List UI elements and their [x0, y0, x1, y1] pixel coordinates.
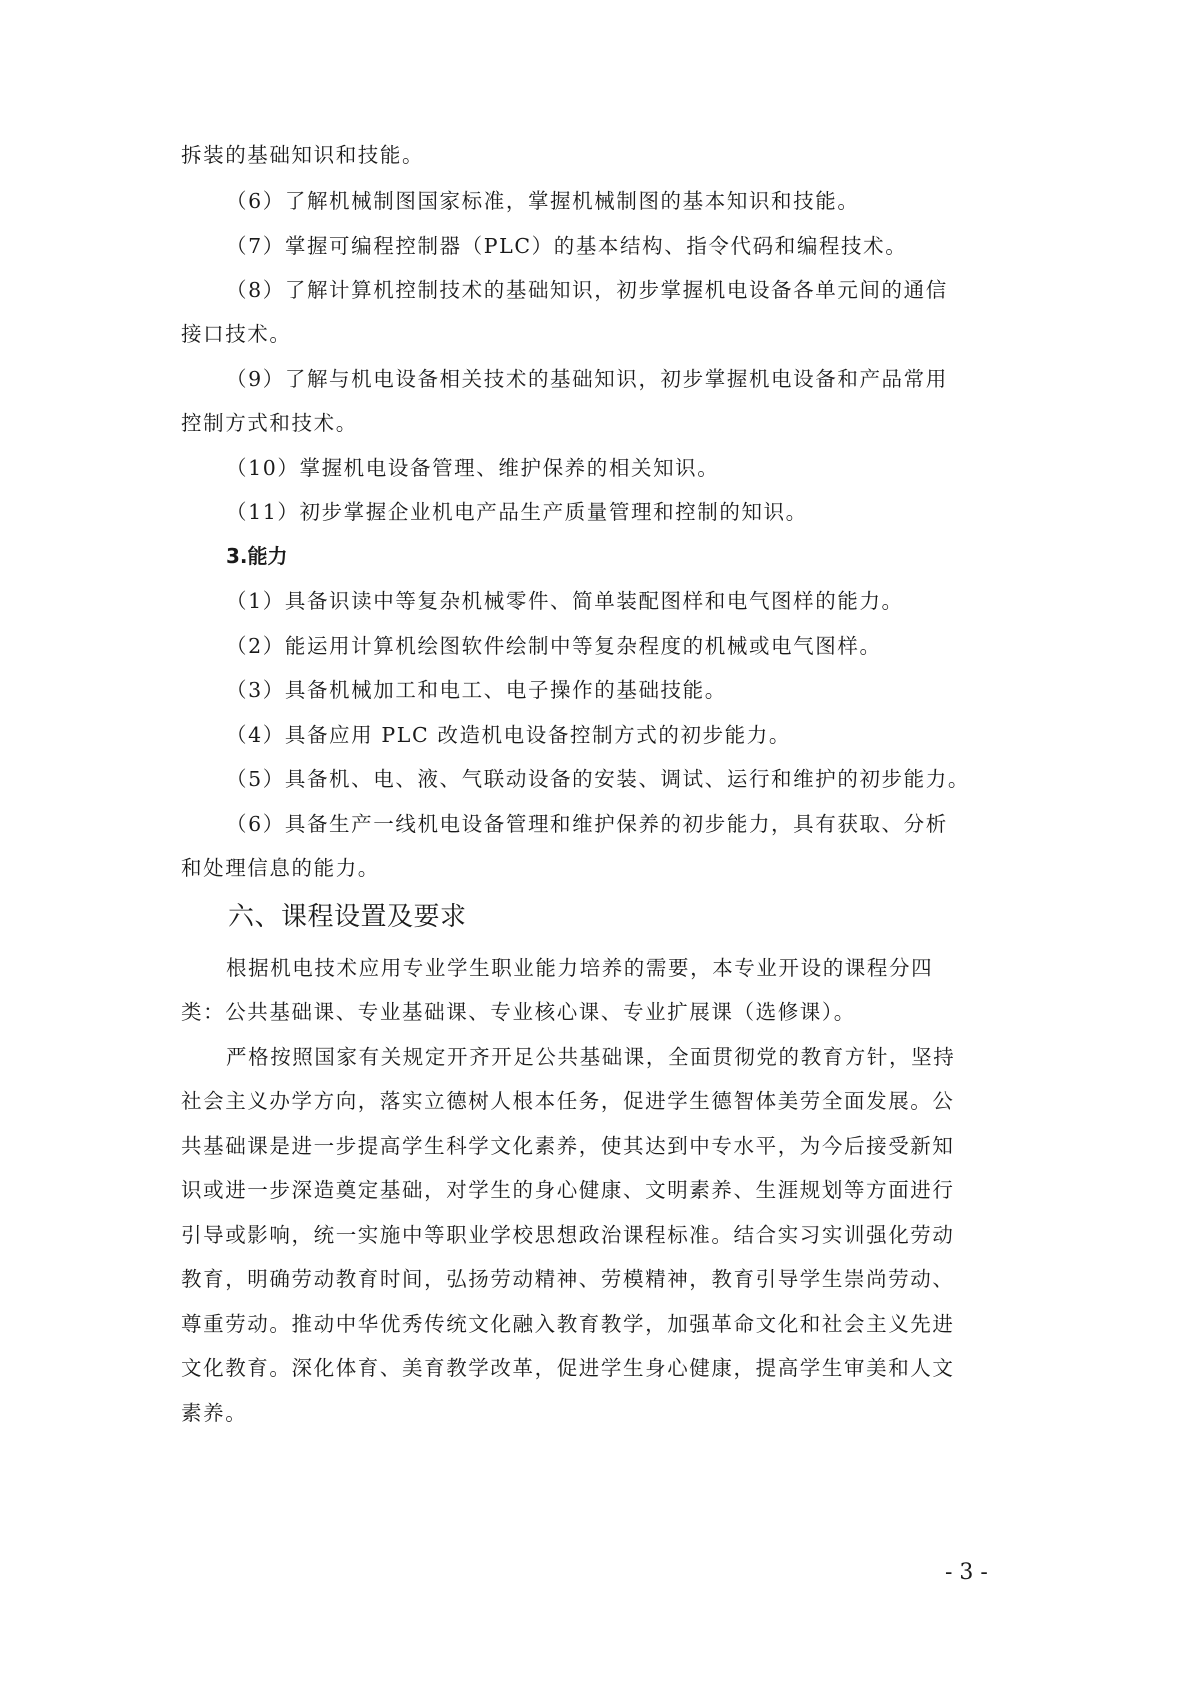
text-line: 引导或影响，统一实施中等职业学校思想政治课程标准。结合实习实训强化劳动 — [181, 1221, 1011, 1249]
text-line: 严格按照国家有关规定开齐开足公共基础课，全面贯彻党的教育方针，坚持 — [226, 1043, 1056, 1071]
document-page: 拆装的基础知识和技能。 （6）了解机械制图国家标准，掌握机械制图的基本知识和技能… — [0, 0, 1191, 1684]
text-line: 根据机电技术应用专业学生职业能力培养的需要，本专业开设的课程分四 — [226, 954, 1056, 982]
text-line: （3）具备机械加工和电工、电子操作的基础技能。 — [226, 676, 1056, 704]
text-line: 和处理信息的能力。 — [181, 854, 1011, 882]
text-line: 控制方式和技术。 — [181, 409, 1011, 437]
text-line: （6）了解机械制图国家标准，掌握机械制图的基本知识和技能。 — [226, 187, 1056, 215]
text-line: （11）初步掌握企业机电产品生产质量管理和控制的知识。 — [226, 498, 1056, 526]
text-line: 教育，明确劳动教育时间，弘扬劳动精神、劳模精神，教育引导学生崇尚劳动、 — [181, 1265, 1011, 1293]
text-line: 社会主义办学方向，落实立德树人根本任务，促进学生德智体美劳全面发展。公 — [181, 1087, 1011, 1115]
text-line: 共基础课是进一步提高学生科学文化素养，使其达到中专水平，为今后接受新知 — [181, 1132, 1011, 1160]
text-line: 接口技术。 — [181, 320, 1011, 348]
text-line: （7）掌握可编程控制器（PLC）的基本结构、指令代码和编程技术。 — [226, 232, 1056, 260]
text-line: 类：公共基础课、专业基础课、专业核心课、专业扩展课（选修课）。 — [181, 998, 1011, 1026]
text-line: 尊重劳动。推动中华优秀传统文化融入教育教学，加强革命文化和社会主义先进 — [181, 1310, 1011, 1338]
text-line: （8）了解计算机控制技术的基础知识，初步掌握机电设备各单元间的通信 — [226, 276, 1056, 304]
text-line: （2）能运用计算机绘图软件绘制中等复杂程度的机械或电气图样。 — [226, 632, 1056, 660]
text-line: （4）具备应用 PLC 改造机电设备控制方式的初步能力。 — [226, 721, 1056, 749]
text-line: 素养。 — [181, 1399, 1011, 1427]
text-line: （9）了解与机电设备相关技术的基础知识，初步掌握机电设备和产品常用 — [226, 365, 1056, 393]
text-line: （10）掌握机电设备管理、维护保养的相关知识。 — [226, 454, 1056, 482]
section-heading-abilities: 3.能力 — [226, 542, 1056, 570]
section-heading-curriculum: 六、课程设置及要求 — [228, 900, 467, 934]
text-line: 拆装的基础知识和技能。 — [181, 141, 1011, 169]
text-line: 文化教育。深化体育、美育教学改革，促进学生身心健康，提高学生审美和人文 — [181, 1354, 1011, 1382]
text-line: （6）具备生产一线机电设备管理和维护保养的初步能力，具有获取、分析 — [226, 810, 1056, 838]
text-line: （5）具备机、电、液、气联动设备的安装、调试、运行和维护的初步能力。 — [226, 765, 1056, 793]
text-line: （1）具备识读中等复杂机械零件、简单装配图样和电气图样的能力。 — [226, 587, 1056, 615]
text-line: 识或进一步深造奠定基础，对学生的身心健康、文明素养、生涯规划等方面进行 — [181, 1176, 1011, 1204]
page-number: - 3 - — [945, 1560, 988, 1585]
